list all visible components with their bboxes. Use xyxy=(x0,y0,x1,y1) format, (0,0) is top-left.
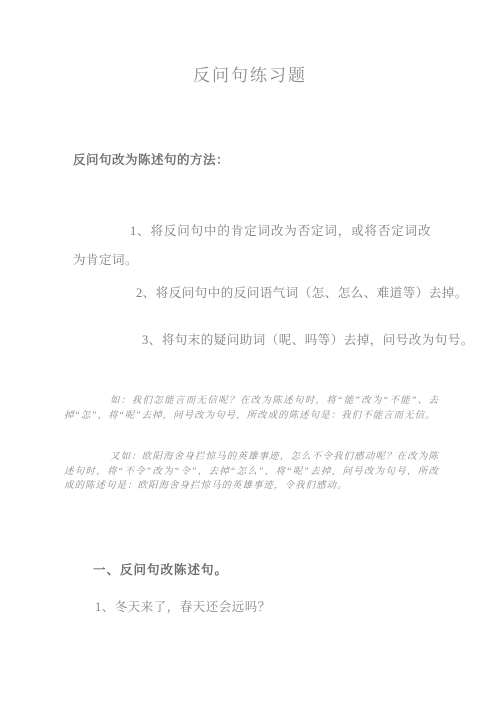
method-item-2: 2、将反问句中的反问语气词（怎、怎么、难道等）去掉。 xyxy=(136,283,468,301)
exercise-item-1: 1、冬天来了，春天还会远吗？ xyxy=(95,597,271,615)
page-title: 反问句练习题 xyxy=(0,61,500,86)
method-item-3: 3、将句末的疑问助词（呢、吗等）去掉，问号改为句号。 xyxy=(142,330,474,348)
method-item-1: 1、将反问句中的肯定词改为否定词，或将否定词改为肯定词。 xyxy=(73,217,431,275)
method-heading: 反问句改为陈述句的方法： xyxy=(73,150,229,168)
example-paragraph-1: 如：我们怎能言而无信呢？在改为陈述句时，将“能”改为“不能”、去掉“怎”，将“呢… xyxy=(64,394,439,423)
section-heading: 一、反问句改陈述句。 xyxy=(93,560,228,578)
example-paragraph-2: 又如：欧阳海舍身拦惊马的英雄事迹，怎么不令我们感动呢？在改为陈述句时，将“不令”… xyxy=(64,450,439,494)
worksheet-page: 反问句练习题 反问句改为陈述句的方法： 1、将反问句中的肯定词改为否定词，或将否… xyxy=(0,0,500,708)
